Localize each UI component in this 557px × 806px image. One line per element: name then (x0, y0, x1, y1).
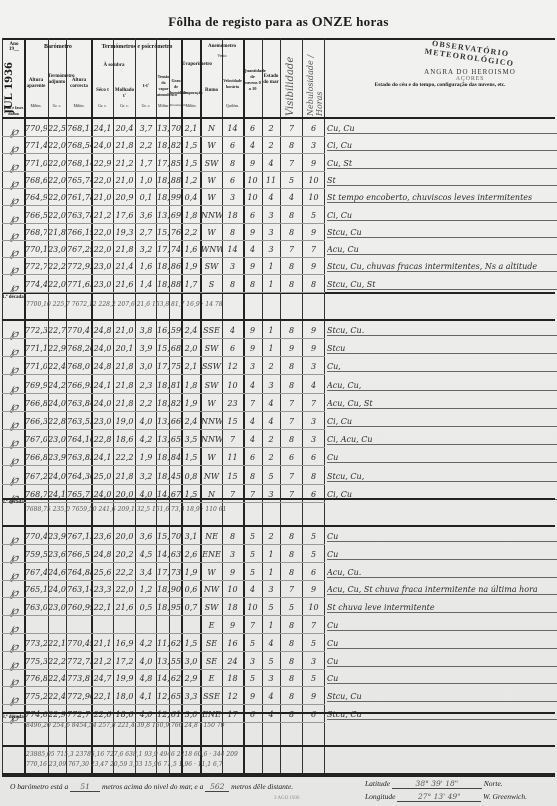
cell-neb: 7 (303, 399, 324, 408)
cell-vis: 7 (281, 159, 302, 168)
sea-state-header: Estado do mar (262, 74, 280, 86)
cell-diff: 3,2 (136, 472, 156, 481)
cell-corr: 764,88 (67, 568, 91, 577)
cell-term: 24,0 (48, 585, 66, 594)
cell-hum: 55 (170, 657, 182, 666)
cell-rumo: SW (201, 381, 222, 390)
cell-tens: 18,7 (157, 472, 170, 481)
row-rule (2, 465, 325, 466)
cell-mar: 3 (262, 228, 280, 237)
cell-term: 22,4 (48, 362, 66, 371)
cell-corr: 770,47 (67, 326, 91, 335)
cell-rumo: W (201, 568, 222, 577)
cell-vis: 8 (281, 532, 302, 541)
section-divider (2, 319, 555, 321)
unit-quilom: Quilóm. (222, 103, 243, 108)
cell-diff: 1,9 (136, 453, 156, 462)
cell-term: 22,9 (48, 344, 66, 353)
cell-evap: 2,9 (182, 674, 200, 683)
cell-rumo: SW (201, 603, 222, 612)
cell-evap: 2,0 (182, 344, 200, 353)
cell-term: 22,0 (48, 141, 66, 150)
cell-hum: 45 (170, 472, 182, 481)
cell-alt: 774,40 (25, 280, 47, 289)
cell-evap: 1,9 (182, 568, 200, 577)
cell-diff: 3,2 (136, 245, 156, 254)
cell-alt: 771,10 (25, 344, 47, 353)
cell-tens: 14,3 (157, 674, 170, 683)
cell-diff: 4,1 (136, 692, 156, 701)
cell-evap: 1,9 (182, 262, 200, 271)
cell-seco: 24,1 (92, 453, 113, 462)
cell-remarks: Stcu, Cu (327, 692, 557, 702)
cell-corr: 770,49 (67, 639, 91, 648)
cell-vis: 8 (281, 639, 302, 648)
wind-header: Vento (201, 53, 243, 59)
row-rule (2, 429, 325, 430)
cell-mol: 20,0 (114, 532, 135, 541)
cloudiness-hours-header: Nebulosidade / Horas (306, 46, 324, 116)
cell-remarks: St (327, 176, 557, 186)
cell-seco: 24,7 (92, 674, 113, 683)
row-rule (2, 153, 325, 154)
anemometer-header: Anemómetro (201, 44, 243, 50)
barometer-distance: 562 (205, 782, 229, 792)
cell-evap: 1,5 (182, 453, 200, 462)
cell-seco: 21,0 (92, 193, 113, 202)
observatory-stamp: OBSERVATÓRIO METEOROLÓGICO ANGRA DO HERO… (395, 44, 545, 82)
decada-1-totals: 7700,10 225,7 7672,12 228,2 207,6 21,6 1… (26, 301, 223, 308)
cell-mar: 1 (262, 568, 280, 577)
cell-seco: 21,1 (92, 639, 113, 648)
cell-corr: 766,57 (67, 550, 91, 559)
cell-mar: 2 (262, 362, 280, 371)
cell-neb: 5 (303, 674, 324, 683)
velocity-header: Velocidade horária (222, 78, 243, 90)
cell-alt: 771,00 (25, 159, 47, 168)
cell-hum: 88 (170, 176, 182, 185)
cell-diff: 2,7 (136, 228, 156, 237)
latitude-label: Latitude (365, 779, 390, 788)
decada-2-label: 2.ª década (2, 500, 24, 505)
cell-evap: 3,5 (182, 435, 200, 444)
cell-nuv: 5 (243, 674, 262, 683)
row-rule (2, 484, 325, 485)
cell-vel: 15 (222, 472, 243, 481)
unit-milim: Milím. (25, 103, 47, 108)
cell-evap: 3,3 (182, 692, 200, 701)
cell-remarks: Acu, Cu, St (327, 399, 557, 409)
cell-term: 24,6 (48, 568, 66, 577)
barometer-note: O barómetro está a 51 metros acima do ni… (10, 782, 293, 792)
cell-term: 22,0 (48, 280, 66, 289)
cell-mar: 4 (262, 399, 280, 408)
thermometers-header: Termómetros e psicrómetro (92, 44, 182, 50)
cell-hum: 85 (170, 159, 182, 168)
cell-remarks: Ci, Cu (327, 141, 557, 151)
cell-corr: 766,19 (67, 228, 91, 237)
cell-nuv: 4 (243, 585, 262, 594)
cell-nuv: 6 (243, 453, 262, 462)
altura-aparente-header: Altura aparente (25, 78, 47, 90)
cell-vel: 14 (222, 245, 243, 254)
cell-tens: 17,6 (157, 362, 170, 371)
cell-remarks: Stcu (327, 344, 557, 354)
cell-mol: 21,4 (114, 262, 135, 271)
cell-neb: 9 (303, 326, 324, 335)
cell-mol: 17,6 (114, 211, 135, 220)
cell-remarks: Cu (327, 657, 557, 667)
cell-mar: 1 (262, 550, 280, 559)
cell-evap: 1,9 (182, 399, 200, 408)
cell-remarks: Cu (327, 532, 557, 542)
cell-neb: 3 (303, 657, 324, 666)
cell-neb: 3 (303, 435, 324, 444)
unit-milim: Milím. (182, 103, 200, 108)
cell-nuv: 7 (243, 399, 262, 408)
cell-mol: 21,8 (114, 381, 135, 390)
barometer-note-mid: metros acima do nivel do mar, e a (102, 782, 203, 791)
cell-hum: 88 (170, 280, 182, 289)
cell-evap: 3,1 (182, 532, 200, 541)
cell-hum: 59 (170, 326, 182, 335)
cell-vis: 8 (281, 211, 302, 220)
cell-mar: 5 (262, 657, 280, 666)
cell-diff: 3,0 (136, 362, 156, 371)
cell-hum: 82 (170, 141, 182, 150)
cell-mar: 2 (262, 532, 280, 541)
cell-seco: 24,1 (92, 124, 113, 133)
cell-nuv: 9 (243, 326, 262, 335)
cell-mol: 22,2 (114, 568, 135, 577)
cell-vel: 10 (222, 585, 243, 594)
cell-corr: 767,13 (67, 532, 91, 541)
cell-nuv: 4 (243, 417, 262, 426)
cell-mar: 4 (262, 692, 280, 701)
cell-alt: 767,25 (25, 472, 47, 481)
cell-corr: 763,85 (67, 453, 91, 462)
cell-evap: 1,8 (182, 381, 200, 390)
cell-seco: 24,1 (92, 381, 113, 390)
decada-3-totals: 8496,20 254,6 8454,54 257,8 221,4 39,8 1… (26, 722, 224, 729)
cell-mol: 19,9 (114, 674, 135, 683)
cell-seco: 22,1 (92, 692, 113, 701)
cell-nuv: 5 (243, 568, 262, 577)
cell-corr: 761,78 (67, 193, 91, 202)
cell-remarks: Stcu, Cu, St (327, 280, 557, 290)
row-rule (2, 669, 325, 670)
cell-term: 23,0 (48, 603, 66, 612)
row-rule (2, 686, 325, 687)
cell-diff: 1,7 (136, 159, 156, 168)
cell-nuv: 7 (243, 621, 262, 630)
cell-mar: 2 (262, 453, 280, 462)
cell-remarks: Cu (327, 550, 557, 560)
cell-vel: 9 (222, 621, 243, 630)
cell-vis: 8 (281, 262, 302, 271)
cell-mar: 2 (262, 435, 280, 444)
latitude-value: 38° 39' 18" (392, 779, 482, 789)
cell-tens: 18,9 (157, 603, 170, 612)
cell-vis: 8 (281, 362, 302, 371)
cell-alt: 772,30 (25, 326, 47, 335)
cell-nuv: 6 (243, 124, 262, 133)
cell-vis: 8 (281, 141, 302, 150)
unit-gr: Gr. c. (92, 103, 113, 108)
cell-remarks: Cu (327, 639, 557, 649)
cell-tens: 15,2 (157, 532, 170, 541)
cell-rumo: SE (201, 639, 222, 648)
cell-mar: 3 (262, 585, 280, 594)
cell-mar: 3 (262, 674, 280, 683)
cell-tens: 18,0 (157, 381, 170, 390)
cell-alt: 771,40 (25, 141, 47, 150)
cell-mol: 20,9 (114, 193, 135, 202)
cell-hum: 69 (170, 211, 182, 220)
cell-mol: 21,0 (114, 326, 135, 335)
cell-alt: 763,05 (25, 603, 47, 612)
cell-tens: 18,3 (157, 280, 170, 289)
table-row: ℘774,4022,0771,6323,021,61,418,3881,7S88… (0, 276, 557, 298)
cell-vel: 14 (222, 124, 243, 133)
cell-alt: 768,60 (25, 176, 47, 185)
altura-correcta-header: Altura correcta (67, 78, 91, 90)
cell-diff: 4,5 (136, 550, 156, 559)
cell-corr: 771,63 (67, 280, 91, 289)
cell-nuv: 4 (243, 245, 262, 254)
cell-diff: 4,8 (136, 674, 156, 683)
cell-corr: 772,92 (67, 262, 91, 271)
decada-1-label: 1.ª década (2, 295, 24, 300)
clouds-header: Quantidade de nuvens 0 a 10 (243, 68, 262, 92)
humidity-header: Grau de humidade (170, 78, 182, 96)
cell-nuv: 9 (243, 344, 262, 353)
cell-vis: 7 (281, 585, 302, 594)
cell-remarks: Acu, Cu. (327, 568, 557, 578)
cell-seco: 24,8 (92, 362, 113, 371)
barometer-header: Barómetro (25, 44, 91, 50)
cell-seco: 25,6 (92, 568, 113, 577)
cell-vel: 4 (222, 326, 243, 335)
cell-evap: 1,7 (182, 280, 200, 289)
cell-nuv: 10 (243, 193, 262, 202)
cell-neb: 6 (303, 124, 324, 133)
unit-milim: Milím. (67, 103, 91, 108)
cell-mol: 21,6 (114, 603, 135, 612)
month-totals: 23885,05 715,3 23786,16 727,6 638,1 93,9… (26, 751, 238, 758)
vapor-tension-header: Tensão do vapor atmosférico (157, 74, 170, 98)
cell-mar: 3 (262, 211, 280, 220)
cell-diff: 4,2 (136, 435, 156, 444)
cell-evap: 2,4 (182, 417, 200, 426)
cell-tens: 13,2 (157, 657, 170, 666)
cell-mar: 4 (262, 193, 280, 202)
difference-header: t-t' (136, 84, 156, 90)
cell-term: 22,1 (48, 639, 66, 648)
cell-hum: 62 (170, 674, 182, 683)
cell-corr: 767,29 (67, 245, 91, 254)
cell-nuv: 9 (243, 228, 262, 237)
cell-diff: 4,0 (136, 417, 156, 426)
cell-remarks: Acu, Cu (327, 245, 557, 255)
cell-remarks: Cu (327, 621, 557, 631)
cell-rumo: SSE (201, 326, 222, 335)
cell-rumo: E (201, 621, 222, 630)
cell-tens: 17,8 (157, 568, 170, 577)
cell-corr: 768,11 (67, 124, 91, 133)
cell-evap: 1,5 (182, 639, 200, 648)
cell-alt: 776,80 (25, 674, 47, 683)
cell-vis: 5 (281, 603, 302, 612)
cell-mol: 20,1 (114, 344, 135, 353)
cell-vel: 3 (222, 262, 243, 271)
row-rule (2, 171, 325, 172)
cell-vel: 12 (222, 692, 243, 701)
cell-seco: 23,3 (92, 585, 113, 594)
cell-seco: 22,0 (92, 228, 113, 237)
cell-corr: 764,30 (67, 472, 91, 481)
cell-diff: 3,4 (136, 568, 156, 577)
cell-mar: 2 (262, 141, 280, 150)
cell-vis: 8 (281, 692, 302, 701)
cell-vis: 7 (281, 472, 302, 481)
cell-corr: 768,26 (67, 344, 91, 353)
unit-gr: Gr. c. (48, 103, 66, 108)
cell-nuv: 8 (243, 280, 262, 289)
section-divider (2, 712, 555, 714)
cell-corr: 766,95 (67, 381, 91, 390)
cell-vel: 10 (222, 381, 243, 390)
cell-hum: 70 (170, 124, 182, 133)
cell-mol: 18,0 (114, 692, 135, 701)
cell-corr: 765,74 (67, 176, 91, 185)
cell-neb: 9 (303, 585, 324, 594)
cell-tens: 13,4 (157, 435, 170, 444)
cell-remarks: Cu, St (327, 159, 557, 169)
cell-remarks: St chuva leve intermitente (327, 603, 557, 613)
row-rule (2, 188, 325, 189)
cell-seco: 21,2 (92, 211, 113, 220)
cell-seco: 22,9 (92, 159, 113, 168)
row-rule (2, 393, 325, 394)
cell-seco: 25,0 (92, 472, 113, 481)
cell-vel: 8 (222, 159, 243, 168)
cell-mol: 21,0 (114, 176, 135, 185)
row-rule (2, 502, 325, 503)
cell-term: 22,0 (48, 193, 66, 202)
cell-remarks: Stcu, Cu, (327, 472, 557, 482)
cell-tens: 18,0 (157, 262, 170, 271)
cell-diff: 1,6 (136, 262, 156, 271)
cell-corr: 768,14 (67, 159, 91, 168)
cell-rumo: SW (201, 344, 222, 353)
cell-corr: 773,87 (67, 674, 91, 683)
cell-corr: 768,54 (67, 141, 91, 150)
cell-remarks: Cu, Cu (327, 124, 557, 134)
cell-remarks: Acu, Cu, St chuva fraca intermitente na … (327, 585, 557, 595)
cell-hum: 76 (170, 228, 182, 237)
cell-nuv: 4 (243, 435, 262, 444)
evaporation-header: Evaporação (182, 90, 200, 96)
cell-seco: 23,0 (92, 417, 113, 426)
page-title: Fôlha de registo para as ONZE horas (0, 14, 557, 31)
latitude-line: Latitude 38° 39' 18" Norte. (365, 779, 503, 789)
shade-header: À sombra (92, 63, 136, 69)
cell-term: 22,5 (48, 124, 66, 133)
cell-mar: 5 (262, 472, 280, 481)
cell-remarks: Stcu, Cu, chuvas fracas intermitentes, N… (327, 262, 557, 272)
cell-evap: 3,0 (182, 657, 200, 666)
cell-vel: 8 (222, 532, 243, 541)
cell-alt: 775,30 (25, 657, 47, 666)
cell-vel: 6 (222, 176, 243, 185)
row-rule (2, 704, 325, 705)
cell-vis: 8 (281, 568, 302, 577)
cell-evap: 0,6 (182, 585, 200, 594)
cell-evap: 2,1 (182, 124, 200, 133)
cell-rumo: E (201, 674, 222, 683)
cell-evap: 0,7 (182, 603, 200, 612)
cell-seco: 24,0 (92, 344, 113, 353)
cell-rumo: W (201, 453, 222, 462)
cell-mar: 1 (262, 262, 280, 271)
cell-vel: 7 (222, 435, 243, 444)
cell-corr: 760,99 (67, 603, 91, 612)
cell-rumo: SSE (201, 692, 222, 701)
cell-diff: 4,0 (136, 657, 156, 666)
cell-remarks: Ci, Acu, Cu (327, 435, 557, 445)
cell-hum: 63 (170, 550, 182, 559)
cell-rumo: WNW (201, 245, 222, 254)
cell-vel: 18 (222, 211, 243, 220)
cell-vis: 6 (281, 453, 302, 462)
direction-header: Rumo (201, 88, 222, 94)
cell-nuv: 5 (243, 550, 262, 559)
cell-seco: 22,8 (92, 435, 113, 444)
cell-tens: 18,1 (157, 399, 170, 408)
cell-mol: 21,8 (114, 245, 135, 254)
cell-tens: 18,2 (157, 176, 170, 185)
cell-term: 24,0 (48, 399, 66, 408)
unit-gr: Gr. c. (114, 103, 135, 108)
cell-vis: 5 (281, 176, 302, 185)
longitude-suffix: W. Greenwich. (483, 792, 527, 801)
cell-alt: 768,70 (25, 228, 47, 237)
cell-rumo: NNW (201, 435, 222, 444)
cell-evap: 1,5 (182, 141, 200, 150)
cell-remarks: Ci, Cu (327, 211, 557, 221)
cell-diff: 2,2 (136, 399, 156, 408)
cell-alt: 770,90 (25, 124, 47, 133)
cell-mol: 21,8 (114, 399, 135, 408)
cell-diff: 1,4 (136, 280, 156, 289)
cell-mar: 1 (262, 621, 280, 630)
cell-diff: 3,9 (136, 344, 156, 353)
cell-vel: 3 (222, 193, 243, 202)
cell-hum: 65 (170, 692, 182, 701)
cell-tens: 12,9 (157, 692, 170, 701)
cell-tens: 17,8 (157, 159, 170, 168)
cell-remarks: St tempo encoberto, chuviscos leves inte… (327, 193, 557, 203)
cell-mar: 4 (262, 159, 280, 168)
unit-percent: Percentagem (170, 103, 182, 107)
cell-alt: 767,40 (25, 568, 47, 577)
cell-term: 22,8 (48, 417, 66, 426)
cell-term: 22,4 (48, 692, 66, 701)
cell-tens: 18,7 (157, 453, 170, 462)
cell-alt: 766,80 (25, 453, 47, 462)
cell-term: 22,0 (48, 159, 66, 168)
